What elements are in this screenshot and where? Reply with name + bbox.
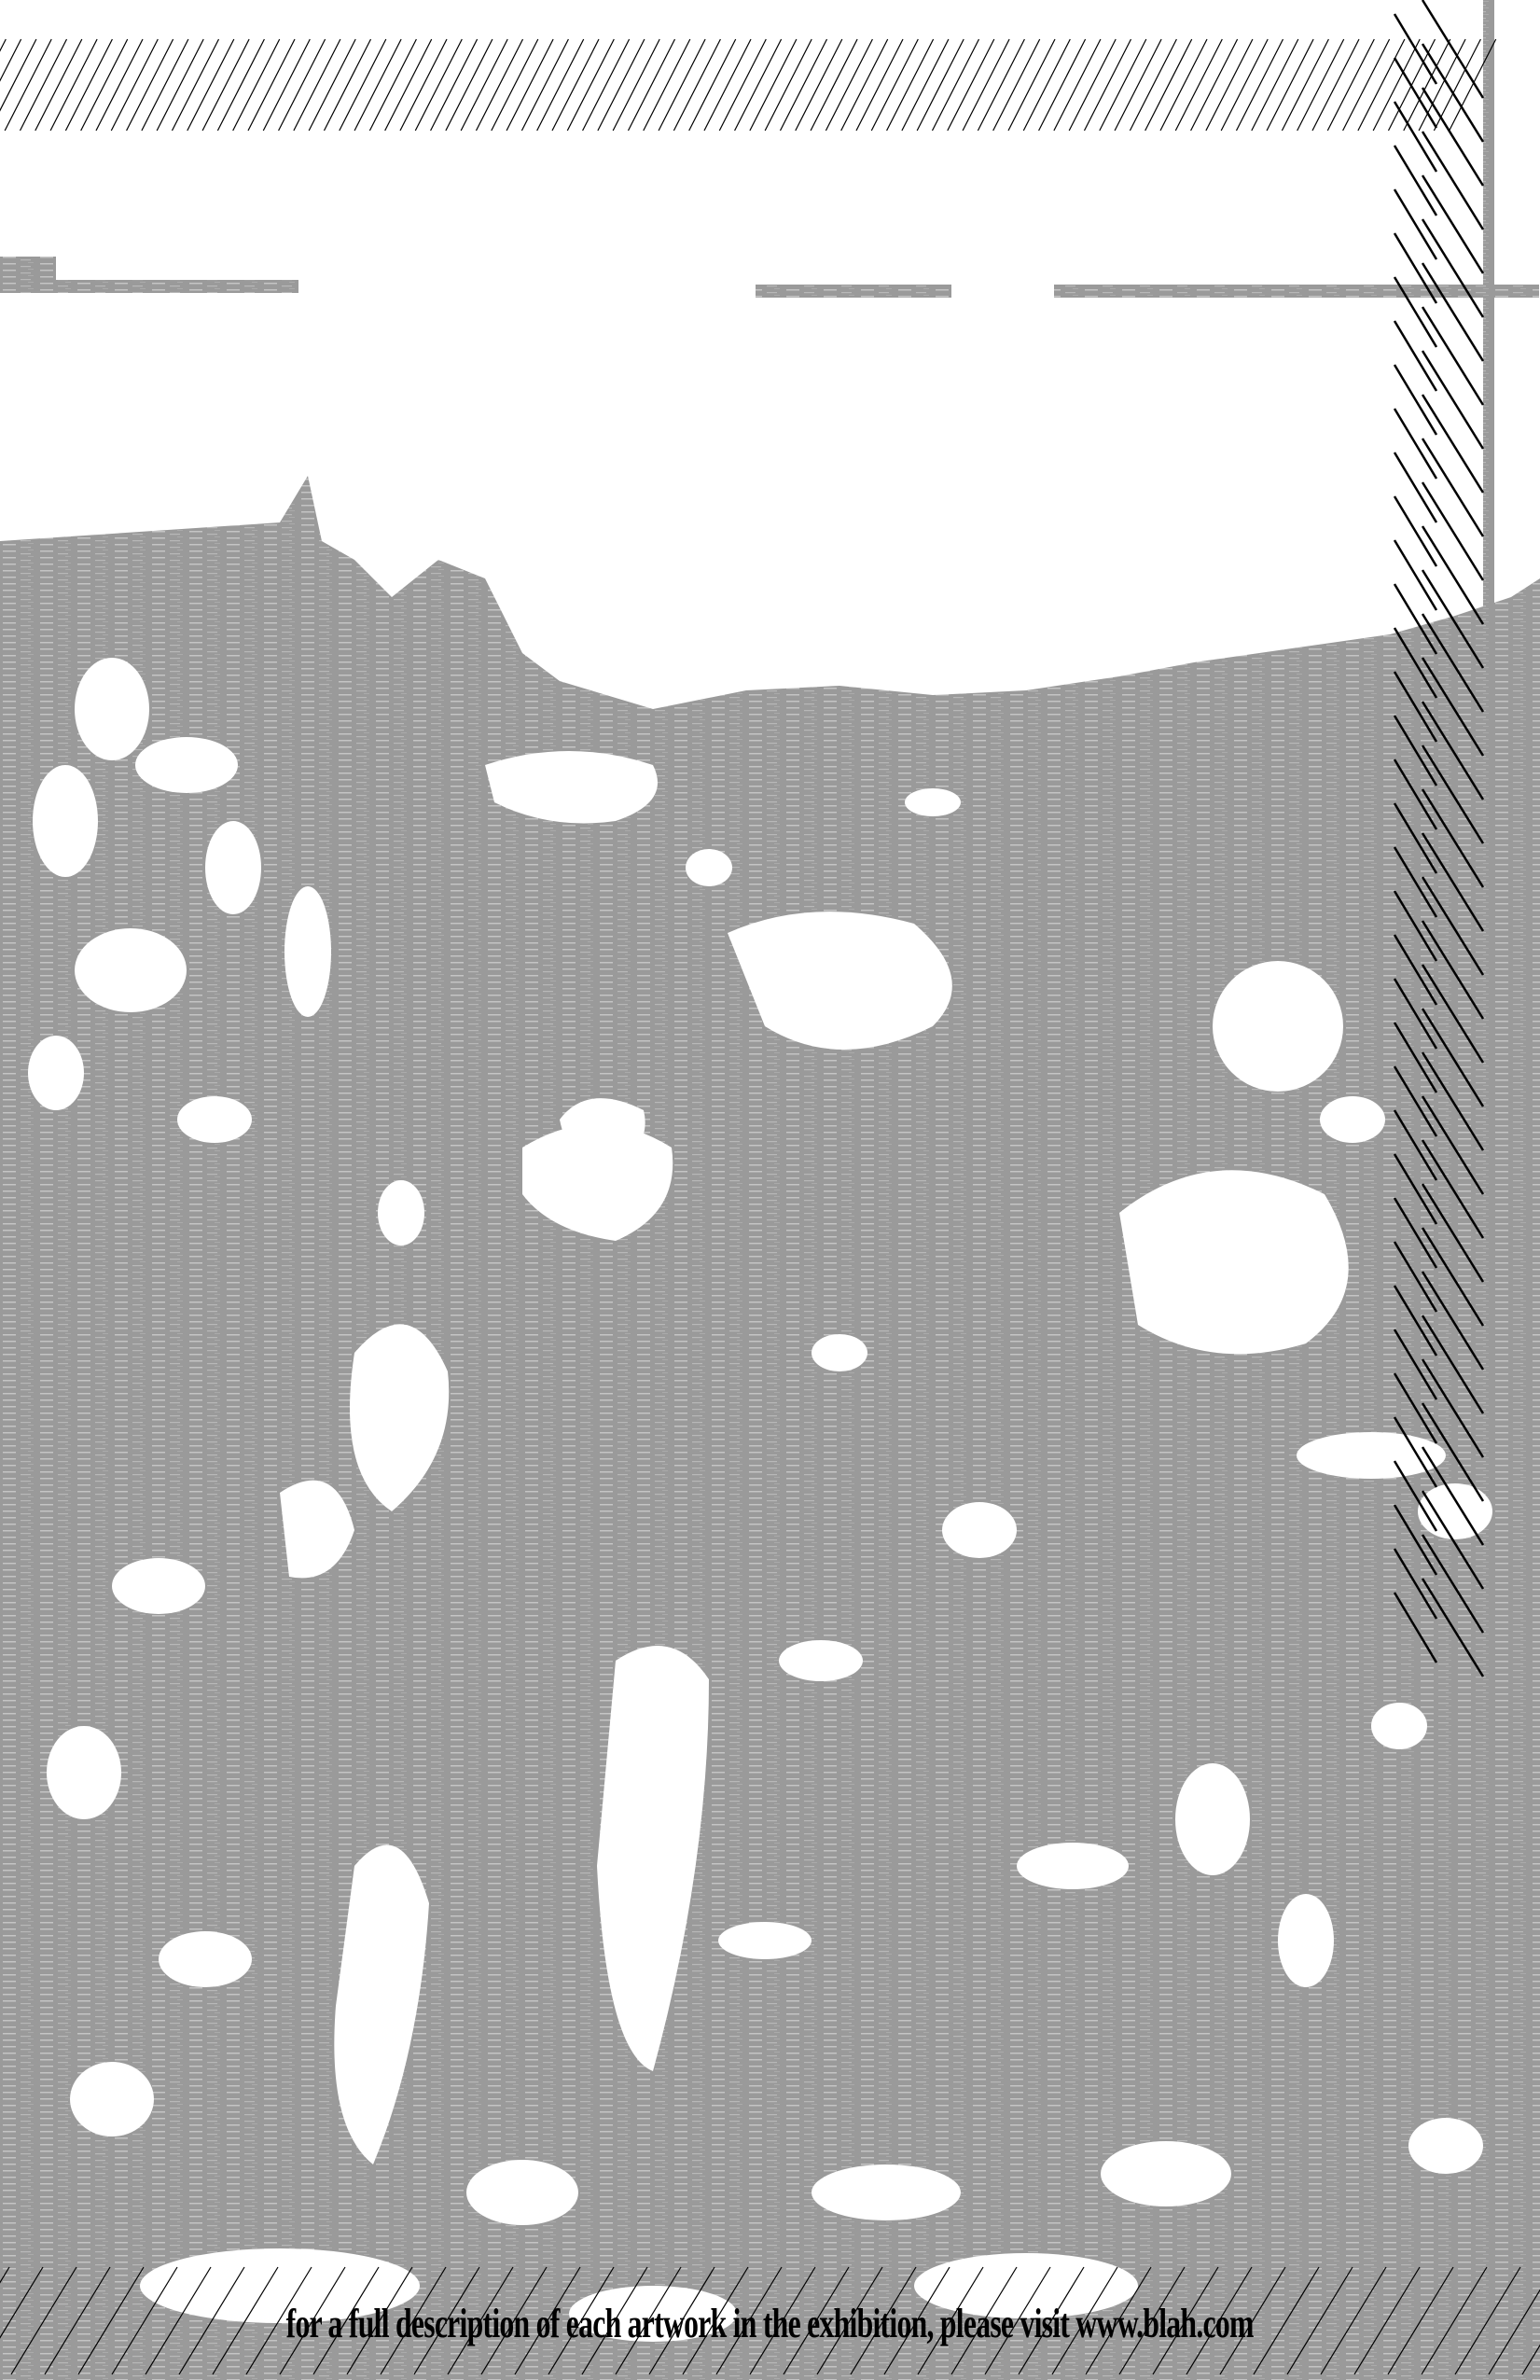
- caption-text: for a full description of each artwork i…: [286, 2301, 1254, 2347]
- exhibition-poster: for a full description of each artwork i…: [0, 0, 1540, 2380]
- exhibition-caption: for a full description of each artwork i…: [0, 2301, 1540, 2347]
- halftone-artwork: [0, 0, 1540, 2380]
- top-hatch-band: [0, 39, 1496, 131]
